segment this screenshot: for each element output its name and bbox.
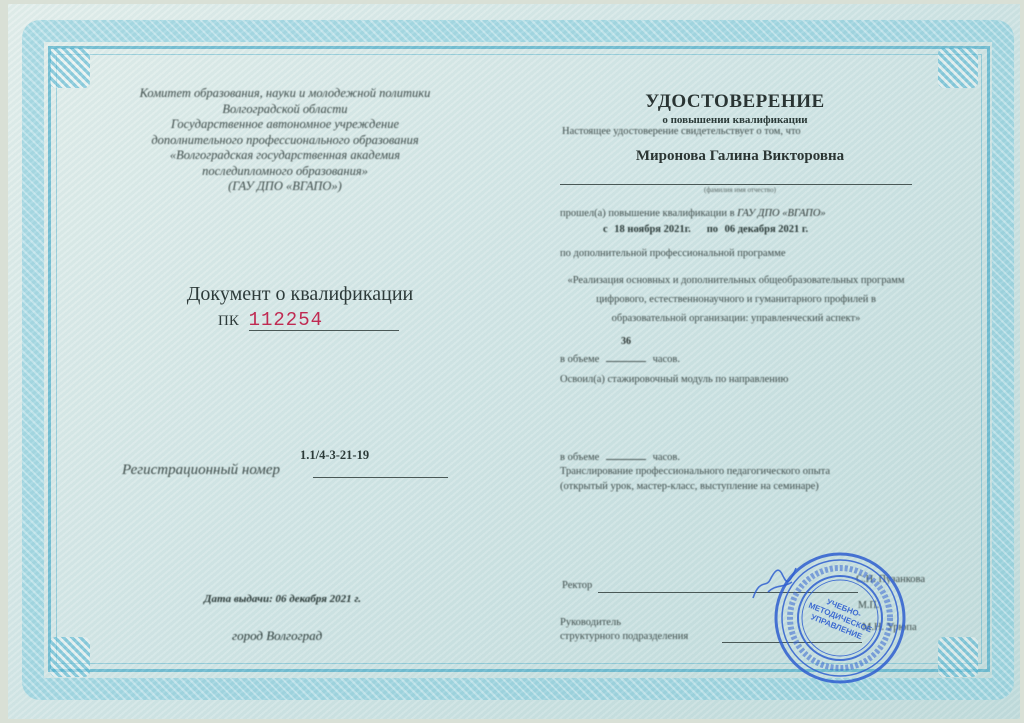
issuer-block: Комитет образования, науки и молодежной … <box>80 86 490 195</box>
corner-ornament <box>50 48 90 88</box>
person-name: Миронова Галина Викторовна <box>600 148 880 165</box>
institution-name: ГАУ ДПО «ВГАПО» <box>737 208 826 219</box>
passed-label: прошел(а) повышение квалификации в <box>560 208 735 219</box>
head-label-line: структурного подразделения <box>560 630 688 644</box>
series-label: ПК <box>218 313 239 330</box>
corner-ornament <box>938 637 978 677</box>
period-from-date: 18 ноября 2021г. <box>614 224 691 235</box>
period-to-date: 06 декабря 2021 г. <box>725 224 808 235</box>
hours2-prefix: в объеме <box>560 452 599 463</box>
issue-date: Дата выдачи: 06 декабря 2021 г. <box>204 593 361 605</box>
training-period: с 18 ноября 2021г. по 06 декабря 2021 г. <box>603 224 812 235</box>
hours-row: в объеме 36 часов. <box>560 350 680 365</box>
program-name: «Реализация основных и дополнительных об… <box>516 271 956 328</box>
hours-prefix: в объеме <box>560 354 599 365</box>
round-stamp-icon: УЧЕБНО- МЕТОДИЧЕСКОЕ УПРАВЛЕНИЕ <box>770 548 910 688</box>
program-line: цифрового, естественнонаучного и гуманит… <box>516 290 956 309</box>
hours-value: 36 <box>606 336 646 347</box>
name-caption: (фамилия имя отчество) <box>600 186 880 194</box>
rector-label: Ректор <box>562 580 592 591</box>
passed-text: прошел(а) повышение квалификации в ГАУ Д… <box>560 208 826 219</box>
head-label: Руководитель структурного подразделения <box>560 616 688 644</box>
translation-text: Транслирование профессионального педагог… <box>560 464 920 494</box>
program-line: образовательной организации: управленчес… <box>516 309 956 328</box>
program-intro: по дополнительной профессиональной прогр… <box>560 248 786 259</box>
period-from-prefix: с <box>603 224 608 235</box>
certificate-subtitle: о повышении квалификации <box>620 114 850 126</box>
hours2-field <box>606 448 646 460</box>
issuer-line: Комитет образования, науки и молодежной … <box>80 86 490 102</box>
issuer-line: Государственное автономное учреждение <box>80 117 490 133</box>
name-underline <box>560 184 912 185</box>
translation-line: Транслирование профессионального педагог… <box>560 464 920 479</box>
issuer-line: Волгоградской области <box>80 102 490 118</box>
hours-suffix: часов. <box>653 354 680 365</box>
issue-city: город Волгоград <box>232 628 322 644</box>
document-number-row: ПК 112254 <box>218 310 399 331</box>
issuer-line: последипломного образования» <box>80 164 490 180</box>
document-title: Документ о квалификации <box>150 283 450 306</box>
period-to-prefix: по <box>707 224 718 235</box>
registration-underline <box>313 477 448 478</box>
issuer-line: «Волгоградская государственная академия <box>80 148 490 164</box>
hours2-suffix: часов. <box>653 452 680 463</box>
head-label-line: Руководитель <box>560 616 688 630</box>
certificate-title: УДОСТОВЕРЕНИЕ <box>620 91 850 113</box>
registration-number: 1.1/4-3-21-19 <box>300 448 369 463</box>
translation-line: (открытый урок, мастер-класс, выступлени… <box>560 479 920 494</box>
issuer-line: дополнительного профессионального образо… <box>80 133 490 149</box>
module-text: Освоил(а) стажировочный модуль по направ… <box>560 374 788 385</box>
certificate-intro: Настоящее удостоверение свидетельствует … <box>562 126 801 137</box>
document-number: 112254 <box>249 310 399 331</box>
program-line: «Реализация основных и дополнительных об… <box>516 271 956 290</box>
registration-label: Регистрационный номер <box>122 462 280 479</box>
hours-field: 36 <box>606 350 646 362</box>
corner-ornament <box>50 637 90 677</box>
hours2-row: в объеме часов. <box>560 448 680 463</box>
issuer-line: (ГАУ ДПО «ВГАПО») <box>80 179 490 195</box>
corner-ornament <box>938 48 978 88</box>
